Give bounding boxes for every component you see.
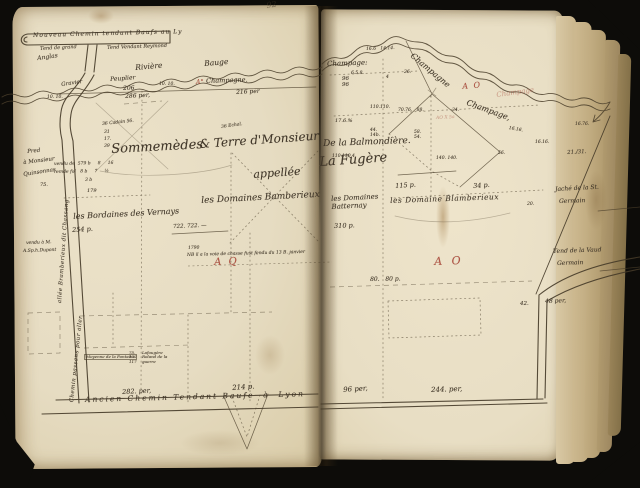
margin-75: 75. — [40, 183, 48, 189]
measure-10-10-b: 10. 10. — [47, 96, 63, 101]
map-labels: 92Nouveau Chemin tendant Baufs au LyTend… — [0, 0, 640, 488]
page-number: 92 — [266, 1, 277, 11]
vaud-germain-1: Tend de la Vaud — [553, 247, 602, 255]
measure-56: 56. — [498, 152, 505, 157]
red-mark-ao-top: A O — [462, 81, 482, 91]
note-dupont: A.Sp.h.Dupont — [23, 249, 56, 255]
note-36-cadain: 36 Cadain 56. — [102, 120, 134, 128]
title-terre-monsieur: & Terre d'Monsieur — [199, 130, 319, 152]
note-36-echal: 36 Echal. — [221, 123, 243, 131]
measure-286: 286 per, — [125, 93, 150, 101]
margin-quinsonnas: Quinsonnas — [23, 167, 56, 178]
measure-80-80: 80. 80 p. — [370, 276, 401, 283]
gravier-label: Gravier — [61, 79, 83, 88]
jache-germain-2: Germain — [559, 198, 585, 206]
measure-26: 26. — [404, 71, 411, 76]
table-row-3: 3 b — [85, 179, 92, 184]
margin-pred: Pred — [27, 148, 41, 155]
measure-96-96: 96 96 — [342, 76, 349, 88]
measure-16-16-a: 16.16. — [508, 127, 523, 134]
measure-216: 216 per — [236, 89, 260, 97]
measure-166-1414: 16.6 14.14. — [366, 47, 395, 53]
champage-corner-label: Champage: — [327, 60, 368, 69]
note-vendu-a-m: vendu à M. — [26, 241, 52, 247]
river-name-1: Rivière — [135, 62, 163, 73]
margin-a-monsieur: à Monsieur — [23, 156, 55, 166]
vernays-label: les Bordaines des Vernays — [73, 207, 179, 221]
measure-16-16-b: 16.16. — [535, 141, 549, 146]
column-31: 31 — [104, 131, 110, 136]
column-39: 39 — [104, 145, 110, 150]
road-label-vertical-2: Chemin passans pour aller — [69, 315, 84, 402]
ghost-red-champage: Champage — [496, 87, 535, 100]
measure-244: 244. per, — [431, 386, 462, 395]
balmondiere-label: De la Balmondière. — [323, 137, 411, 150]
note-nb-chasse: NB il a la voie de chasse fust fendu du … — [187, 251, 305, 259]
measure-310: 310 p. — [334, 222, 355, 230]
note-1790: 1790 — [188, 247, 200, 252]
river-name-2: Bauge — [204, 58, 229, 68]
jache-germain-1: Jaché de la St. — [555, 185, 599, 194]
measure-110-110-a: 110.110. — [370, 106, 390, 111]
banner-note-left-1: Tend de grand — [40, 45, 77, 52]
measure-48: 48 per, — [545, 298, 566, 305]
measure-658: 6.5.8. — [351, 72, 364, 77]
measure-42: 42. — [520, 301, 529, 307]
red-mark-ao-x: AO X 5a — [436, 116, 455, 122]
measure-115: 115 p. — [395, 182, 416, 191]
bottom-road-label: Ancien Chemin Tendant Baufe à Lyon — [85, 390, 305, 404]
banner-note-right: Tend Vendant Reymond — [107, 44, 167, 52]
measure-20: 20. — [527, 203, 534, 208]
measure-16-76: 16.76. — [575, 123, 589, 128]
measure-58-54: 58. 54. — [414, 131, 421, 141]
champage-cursive: Champage, — [465, 99, 511, 123]
measure-96per: 96 per, — [343, 385, 368, 394]
fugere-label: La Fugère — [319, 151, 388, 170]
measure-176: 17.6.% — [335, 119, 352, 125]
measure-722: 722. 722. — — [173, 223, 207, 230]
measure-21-31: 21./31. — [567, 149, 587, 156]
measure-4: 4 — [386, 76, 389, 81]
measure-254: 254 p. — [72, 226, 93, 234]
champagne-diagonal: Champagne — [408, 52, 451, 90]
title-domaines-bamberieux: les Domaines Bamberieux — [201, 191, 320, 207]
measure-34p: 34 p. — [473, 182, 490, 190]
red-mark-ao-mid: A O — [434, 255, 464, 268]
note-fontaine-numbers: 75. 132 117 — [129, 351, 137, 364]
measure-7076-88: 70.76. 88. — [398, 109, 424, 114]
note-lafougere: Lafougère Roland de la guerre — [142, 351, 167, 364]
title-sommemedes: Sommemèdes — [111, 138, 203, 157]
book-scan: 92Nouveau Chemin tendant Baufs au LyTend… — [0, 0, 640, 488]
vaud-germain-2: Germain — [557, 260, 583, 268]
title-appellee: appellée — [253, 166, 301, 181]
measure-10-10-a: 10. 10. — [159, 83, 175, 88]
road-label-vertical-1: allée Bramberieux dit Chassang — [57, 199, 70, 303]
banner-note-left-2: Anglas — [37, 53, 58, 62]
peuplier-label: Peuplier — [110, 75, 136, 83]
red-mark-aq: A Q — [214, 256, 239, 268]
table-row-2: remde fol 8 b 7 ½ — [54, 170, 109, 176]
table-row-1: vendu de 579 b 8 16 — [54, 162, 114, 168]
batternay-label: les Domaines Batternay — [331, 194, 379, 212]
measure-140-140: 140. 140. — [436, 157, 457, 162]
champagne-left-label: Champagne. — [206, 77, 248, 86]
table-total-179: 179 — [87, 189, 97, 195]
measure-34: 34. — [452, 109, 459, 114]
banner-road-label: Nouveau Chemin tendant Baufs au Ly — [33, 29, 183, 40]
red-mark-a: A° — [196, 80, 203, 87]
blamberieux-label: les Domaine Blamberieux — [390, 193, 499, 205]
